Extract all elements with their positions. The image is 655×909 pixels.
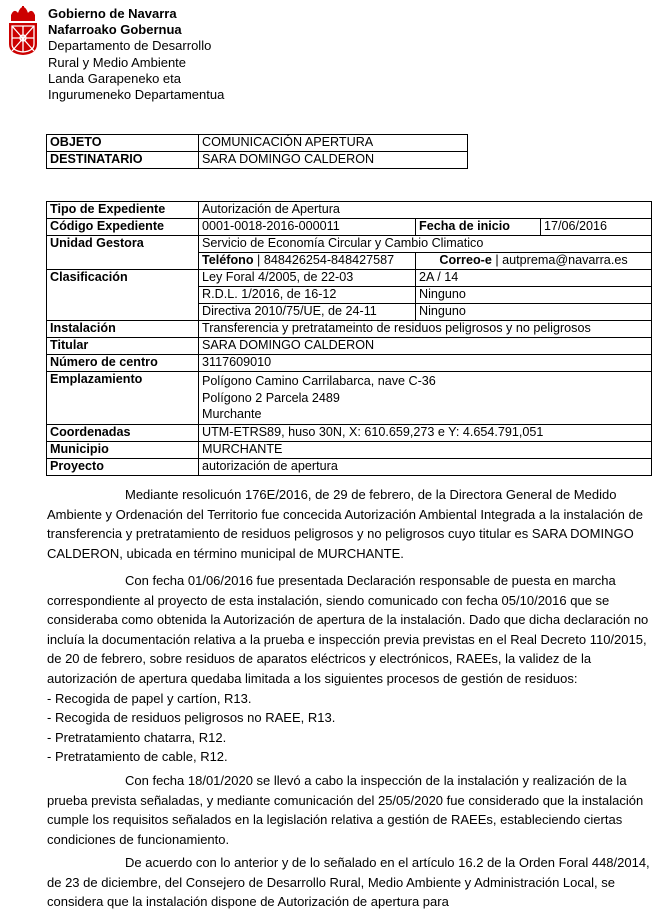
subject-table: OBJETO COMUNICACIÓN APERTURA DESTINATARI… <box>46 134 468 169</box>
paragraph: Con fecha 18/01/2020 se llevó a cabo la … <box>47 771 652 849</box>
destinatario-label: DESTINATARIO <box>47 152 199 169</box>
list-item: - Recogida de papel y cartíon, R13. <box>47 689 652 709</box>
proyecto-value: autorización de apertura <box>199 458 652 475</box>
correo-cell: Correo-e | autprema@navarra.es <box>416 253 652 270</box>
list-item: - Pretratamiento de cable, R12. <box>47 747 652 767</box>
paragraph: Mediante resolicuón 176E/2016, de 29 de … <box>47 485 652 563</box>
instalacion-label: Instalación <box>47 321 199 338</box>
letterhead: Gobierno de Navarra Nafarroako Gobernua … <box>6 6 224 103</box>
department-line: Landa Garapeneko eta <box>48 71 224 87</box>
correo-value[interactable]: autprema@navarra.es <box>502 253 628 267</box>
centro-label: Número de centro <box>47 355 199 372</box>
instalacion-value: Transferencia y pretratameinto de residu… <box>199 321 652 338</box>
titular-label: Titular <box>47 338 199 355</box>
telefono-value: 848426254-848427587 <box>264 253 394 267</box>
department-line: Rural y Medio Ambiente <box>48 55 224 71</box>
department-line: Ingurumeneko Departamentua <box>48 87 224 103</box>
table-row: Teléfono | 848426254-848427587 Correo-e … <box>47 253 652 270</box>
body-paragraph-4: De acuerdo con lo anterior y de lo señal… <box>47 853 652 909</box>
table-row: Titular SARA DOMINGO CALDERON <box>47 338 652 355</box>
table-row: Código Expediente 0001-0018-2016-000011 … <box>47 219 652 236</box>
table-row: Instalación Transferencia y pretratamein… <box>47 321 652 338</box>
codigo-value: 0001-0018-2016-000011 <box>199 219 416 236</box>
telefono-cell: Teléfono | 848426254-848427587 <box>199 253 416 270</box>
table-row: Número de centro 3117609010 <box>47 355 652 372</box>
objeto-value: COMUNICACIÓN APERTURA <box>199 135 468 152</box>
unidad-label: Unidad Gestora <box>47 236 199 253</box>
fecha-label: Fecha de inicio <box>416 219 541 236</box>
navarra-coat-of-arms-icon <box>6 6 40 56</box>
paragraph: De acuerdo con lo anterior y de lo señal… <box>47 853 652 909</box>
emplazamiento-label: Emplazamiento <box>47 372 199 425</box>
address-line: Polígono 2 Parcela 2489 <box>202 390 648 407</box>
titular-value: SARA DOMINGO CALDERON <box>199 338 652 355</box>
paragraph: Con fecha 01/06/2016 fue presentada Decl… <box>47 571 652 689</box>
municipio-value: MURCHANTE <box>199 441 652 458</box>
fecha-value: 17/06/2016 <box>541 219 652 236</box>
clasificacion-valor: Ninguno <box>416 287 652 304</box>
table-row: DESTINATARIO SARA DOMINGO CALDERON <box>47 152 468 169</box>
table-row: Emplazamiento Polígono Camino Carrilabar… <box>47 372 652 425</box>
tipo-label: Tipo de Expediente <box>47 202 199 219</box>
clasificacion-label: Clasificación <box>47 270 199 321</box>
department-line: Departamento de Desarrollo <box>48 38 224 54</box>
tipo-value: Autorización de Apertura <box>199 202 652 219</box>
body-paragraph-1: Mediante resolicuón 176E/2016, de 29 de … <box>47 485 652 563</box>
centro-value: 3117609010 <box>199 355 652 372</box>
clasificacion-norma: Directiva 2010/75/UE, de 24-11 <box>199 304 416 321</box>
address-line: Polígono Camino Carrilabarca, nave C-36 <box>202 373 648 390</box>
body-paragraph-3: Con fecha 18/01/2020 se llevó a cabo la … <box>47 771 652 849</box>
destinatario-value: SARA DOMINGO CALDERON <box>199 152 468 169</box>
clasificacion-valor: 2A / 14 <box>416 270 652 287</box>
table-row: Municipio MURCHANTE <box>47 441 652 458</box>
clasificacion-valor: Ninguno <box>416 304 652 321</box>
table-row: Clasificación Ley Foral 4/2005, de 22-03… <box>47 270 652 287</box>
objeto-label: OBJETO <box>47 135 199 152</box>
separator: | <box>254 253 264 267</box>
table-row: Tipo de Expediente Autorización de Apert… <box>47 202 652 219</box>
org-name-es: Gobierno de Navarra <box>48 6 224 22</box>
separator: | <box>492 253 502 267</box>
proyecto-label: Proyecto <box>47 458 199 475</box>
clasificacion-norma: R.D.L. 1/2016, de 16-12 <box>199 287 416 304</box>
list-item: - Pretratamiento chatarra, R12. <box>47 728 652 748</box>
empty-cell <box>47 253 199 270</box>
body-paragraph-2: Con fecha 01/06/2016 fue presentada Decl… <box>47 571 652 767</box>
clasificacion-norma: Ley Foral 4/2005, de 22-03 <box>199 270 416 287</box>
unidad-value: Servicio de Economía Circular y Cambio C… <box>199 236 652 253</box>
list-item: - Recogida de residuos peligrosos no RAE… <box>47 708 652 728</box>
correo-label: Correo-e <box>439 253 491 267</box>
telefono-label: Teléfono <box>202 253 254 267</box>
table-row: Unidad Gestora Servicio de Economía Circ… <box>47 236 652 253</box>
table-row: Proyecto autorización de apertura <box>47 458 652 475</box>
municipio-label: Municipio <box>47 441 199 458</box>
record-table: Tipo de Expediente Autorización de Apert… <box>46 201 652 476</box>
codigo-label: Código Expediente <box>47 219 199 236</box>
table-row: Coordenadas UTM-ETRS89, huso 30N, X: 610… <box>47 424 652 441</box>
coordenadas-label: Coordenadas <box>47 424 199 441</box>
org-name-eu: Nafarroako Gobernua <box>48 22 224 38</box>
address-line: Murchante <box>202 406 648 423</box>
emplazamiento-value: Polígono Camino Carrilabarca, nave C-36 … <box>199 372 652 425</box>
coordenadas-value: UTM-ETRS89, huso 30N, X: 610.659,273 e Y… <box>199 424 652 441</box>
table-row: OBJETO COMUNICACIÓN APERTURA <box>47 135 468 152</box>
